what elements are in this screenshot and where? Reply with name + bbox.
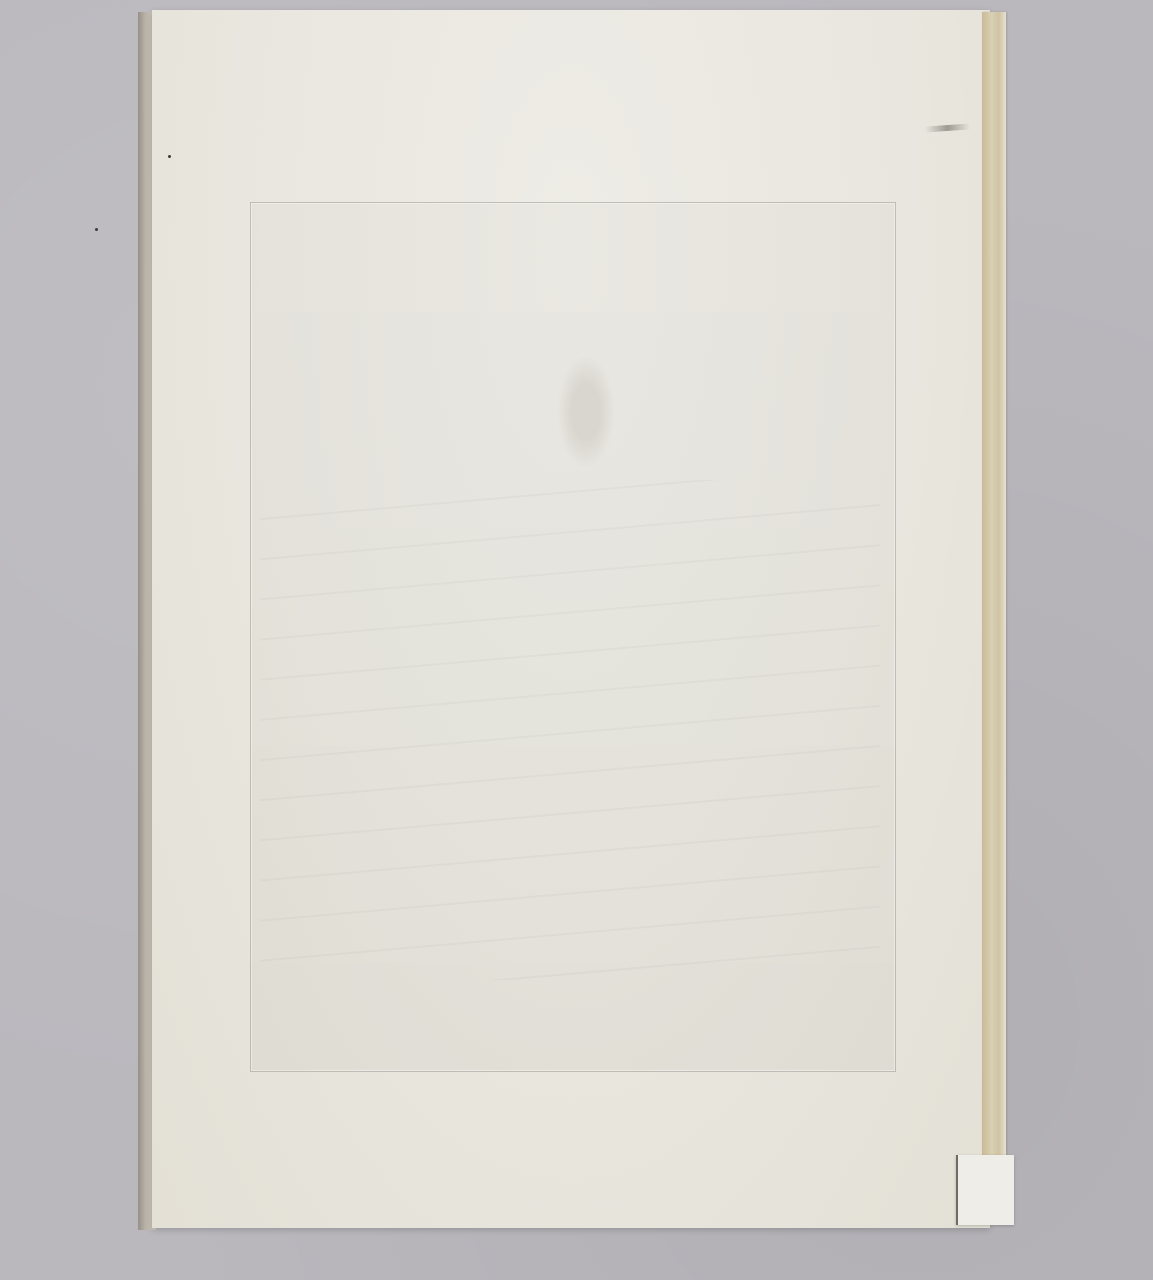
paper-hinge: [956, 1155, 1014, 1225]
tape-strip: [982, 12, 1006, 1157]
speck: [95, 228, 98, 231]
speck: [168, 155, 171, 158]
show-through-texture: [260, 480, 880, 980]
